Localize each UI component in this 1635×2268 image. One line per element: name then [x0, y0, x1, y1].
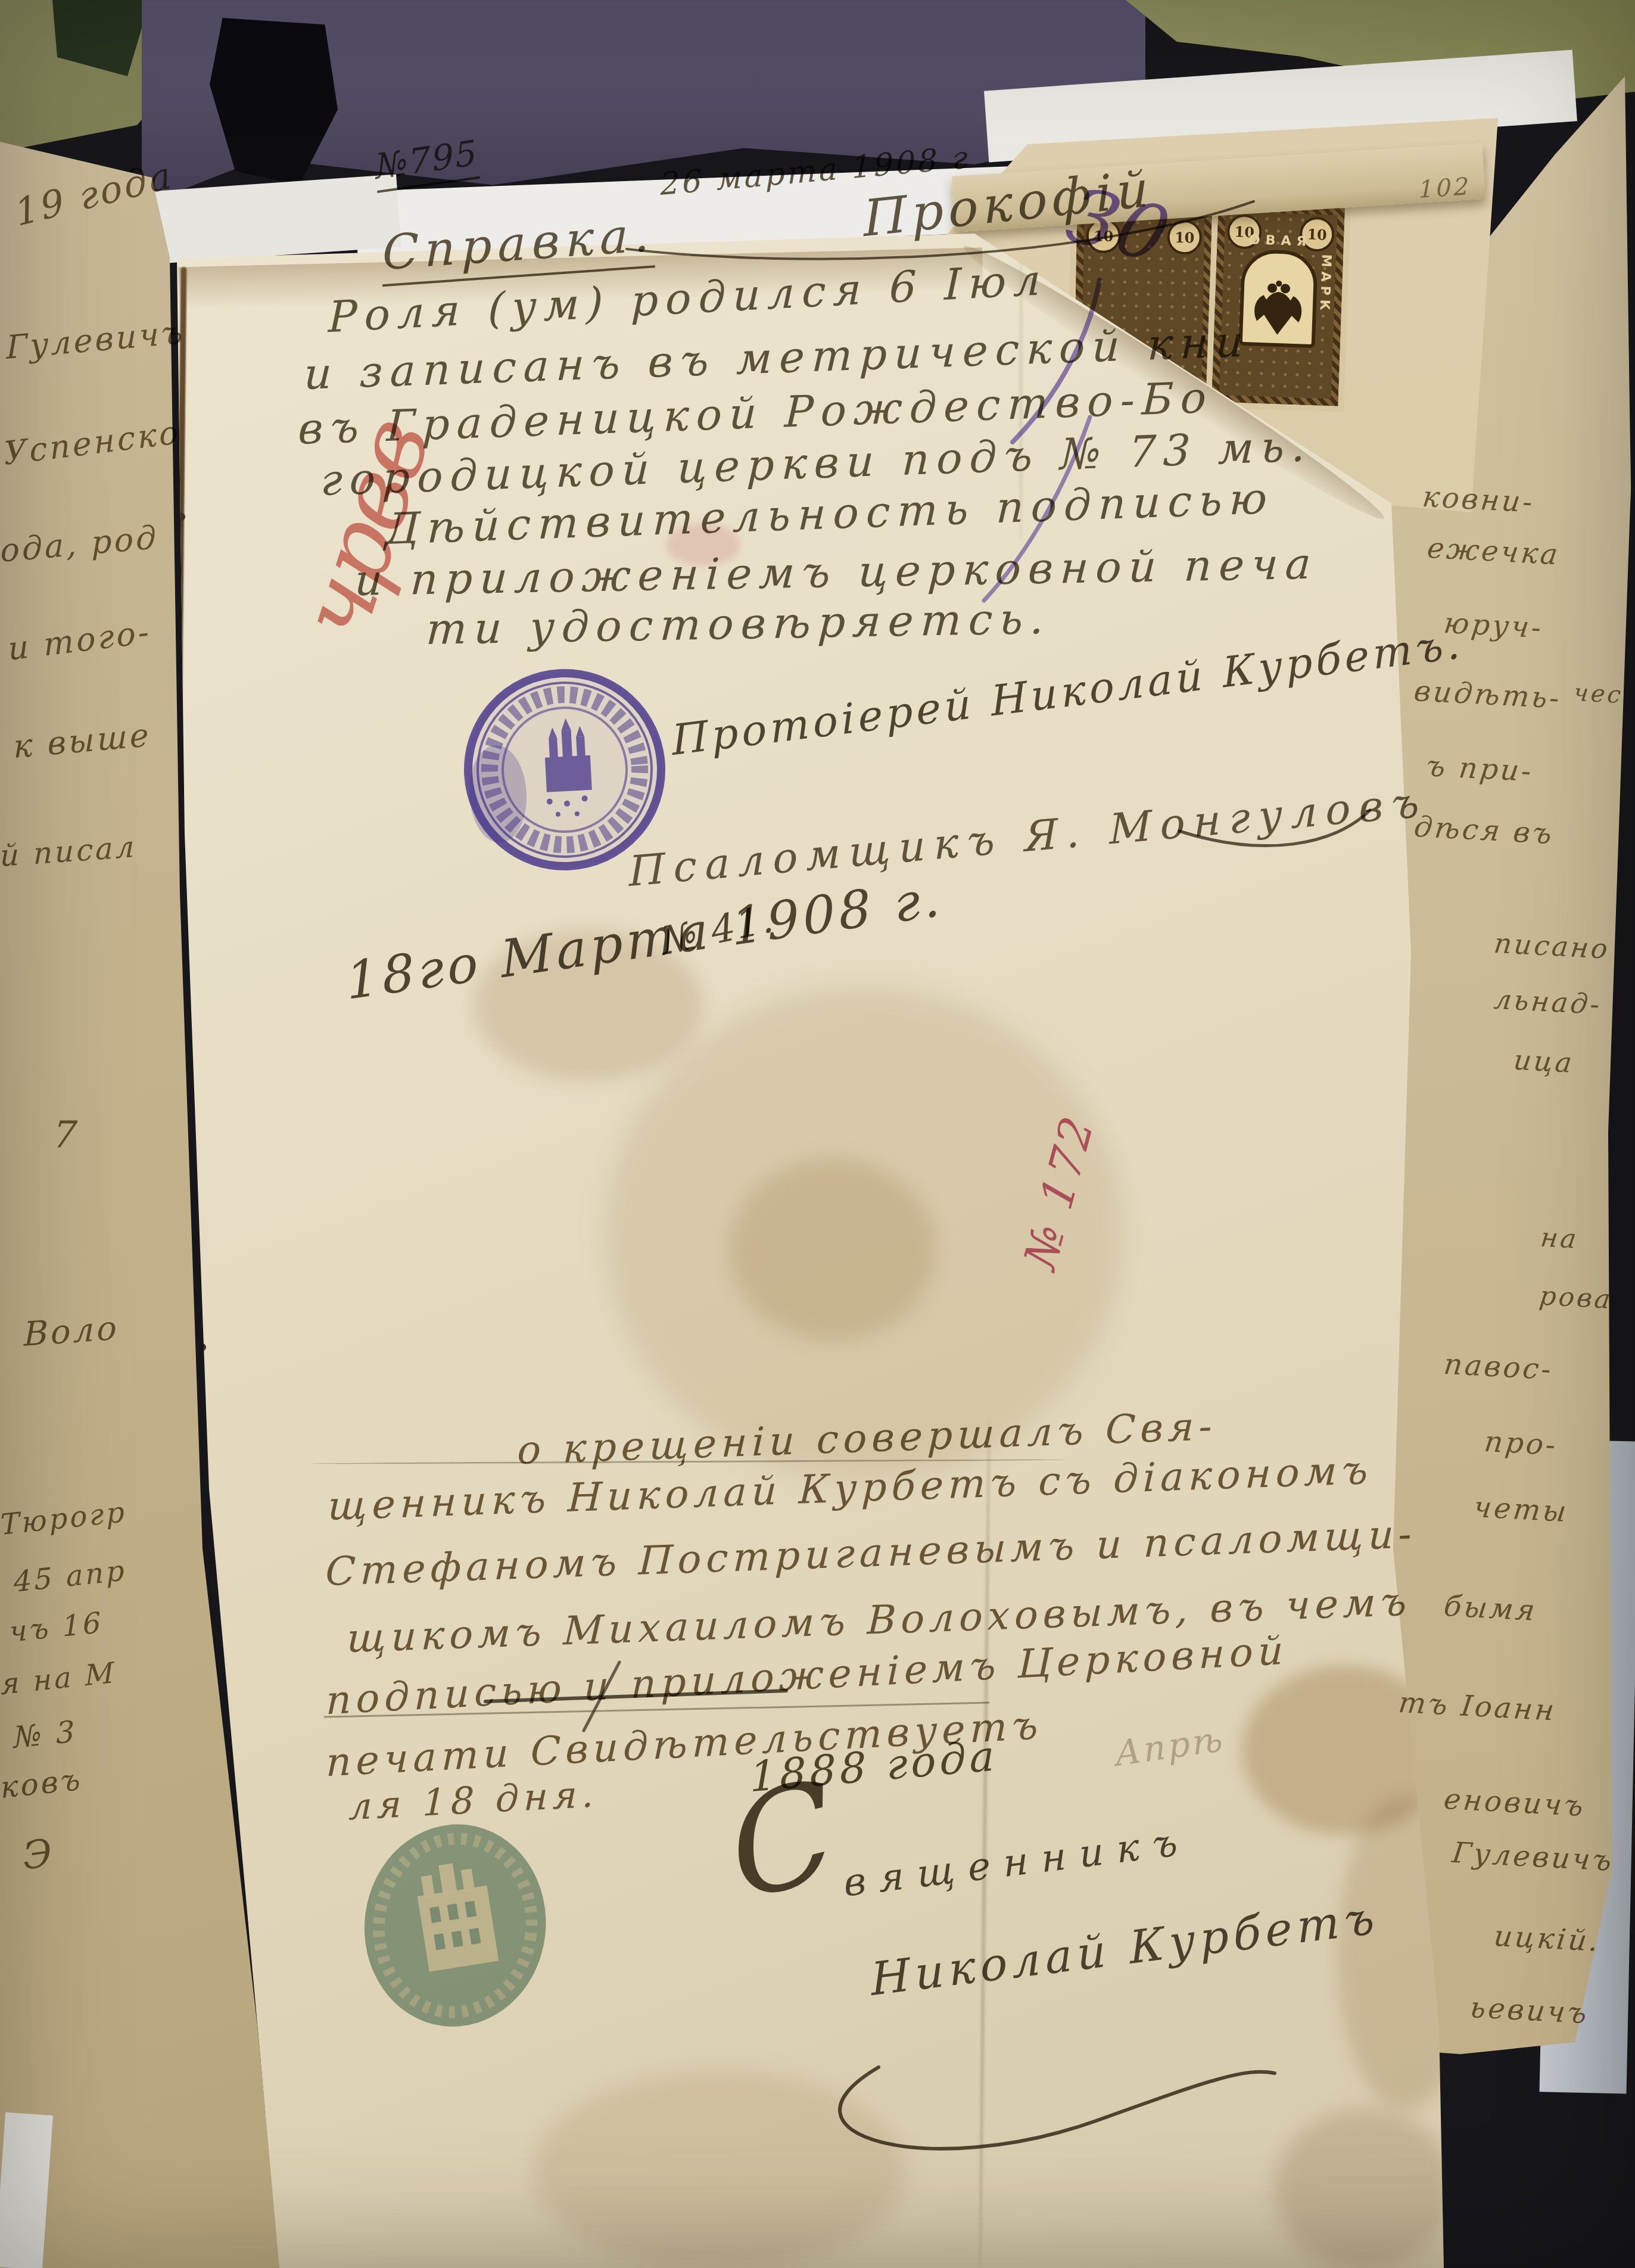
right-page-fragment-text: ъ при- [1424, 749, 1536, 788]
lower-month-faint: Апрѣ [1114, 1718, 1226, 1774]
right-page-fragment-text: еновичъ [1442, 1782, 1587, 1823]
right-page-fragment-text: Гулевичъ [1450, 1836, 1616, 1878]
left-page-fragment-text: Гулевичъ [6, 313, 185, 366]
right-page-fragment-text: четы [1472, 1491, 1570, 1529]
crimson-number: № 172 [1014, 1108, 1104, 1275]
right-page-fragment-text: павос- [1442, 1348, 1555, 1386]
right-page-fragment-text: ицкій. [1492, 1919, 1602, 1958]
left-page-fragment-text: ода, род [0, 518, 159, 570]
right-page-fragment-text: ица [1512, 1044, 1576, 1079]
left-page-fragment-text: я на М [0, 1656, 117, 1702]
body-line-7: ти удостовѣряетсь. [425, 593, 1052, 654]
doc-number: №795 [374, 132, 479, 193]
right-page-fragment-text: рова [1538, 1281, 1615, 1315]
signature-name-bottom: Николай Курбетъ [870, 1890, 1380, 2006]
right-page-fragment-text: юруч- [1442, 606, 1546, 645]
right-page-fragment-text: ежечка [1425, 531, 1562, 571]
right-page-fragment-text: чес [1572, 679, 1624, 709]
certificate-title: Справка. [382, 206, 655, 287]
left-page-fragment-text: Э [21, 1831, 56, 1879]
left-page-fragment-text: ковъ [0, 1762, 83, 1806]
right-page-fragment-text: на [1539, 1222, 1580, 1255]
handwriting-layer: №79526 марта 1908 гчрввСправка.ПрокофійЗ… [0, 0, 1635, 2268]
right-page-fragment-text: бымя [1442, 1589, 1539, 1628]
right-page-fragment-text: ьевичъ [1468, 1991, 1591, 2030]
archival-photo: 10 10 10 10 ОВАЯ МАРК [0, 0, 1635, 2268]
right-page-fragment-text: писано [1492, 927, 1612, 965]
right-page-fragment-text: тъ Іоанн [1397, 1686, 1558, 1728]
left-page-fragment-text: 45 апр [13, 1554, 127, 1599]
left-page-fragment-text: и того- [7, 613, 152, 668]
right-page-fragment-text: ковни- [1421, 480, 1537, 519]
right-page-fragment-text: льнад- [1492, 983, 1603, 1021]
left-page-fragment-text: Воло [24, 1309, 119, 1354]
left-page-fragment-text: № 3 [13, 1714, 77, 1755]
left-page-fragment-text: Успенско [3, 413, 182, 472]
left-page-fragment-text: 19 года [12, 153, 176, 235]
right-page-fragment-text: про- [1483, 1425, 1559, 1462]
left-page-fragment-text: Тюрогр [0, 1495, 127, 1542]
folio-number-pencil: 102 [1419, 173, 1471, 204]
left-page-fragment-text: к выше [13, 716, 151, 766]
right-page-fragment-text: видѣть- [1412, 674, 1564, 715]
left-page-fragment-text: 7 [52, 1113, 81, 1156]
right-page-fragment-text: дѣся въ [1412, 810, 1556, 851]
signature-psalomshchik: Псаломщикъ Я. Монгуловъ [628, 777, 1428, 896]
left-page-fragment-text: чъ 16 [9, 1606, 104, 1649]
signature-title-bottom: вященникъ [843, 1819, 1191, 1906]
left-page-fragment-text: й писал [0, 829, 137, 873]
